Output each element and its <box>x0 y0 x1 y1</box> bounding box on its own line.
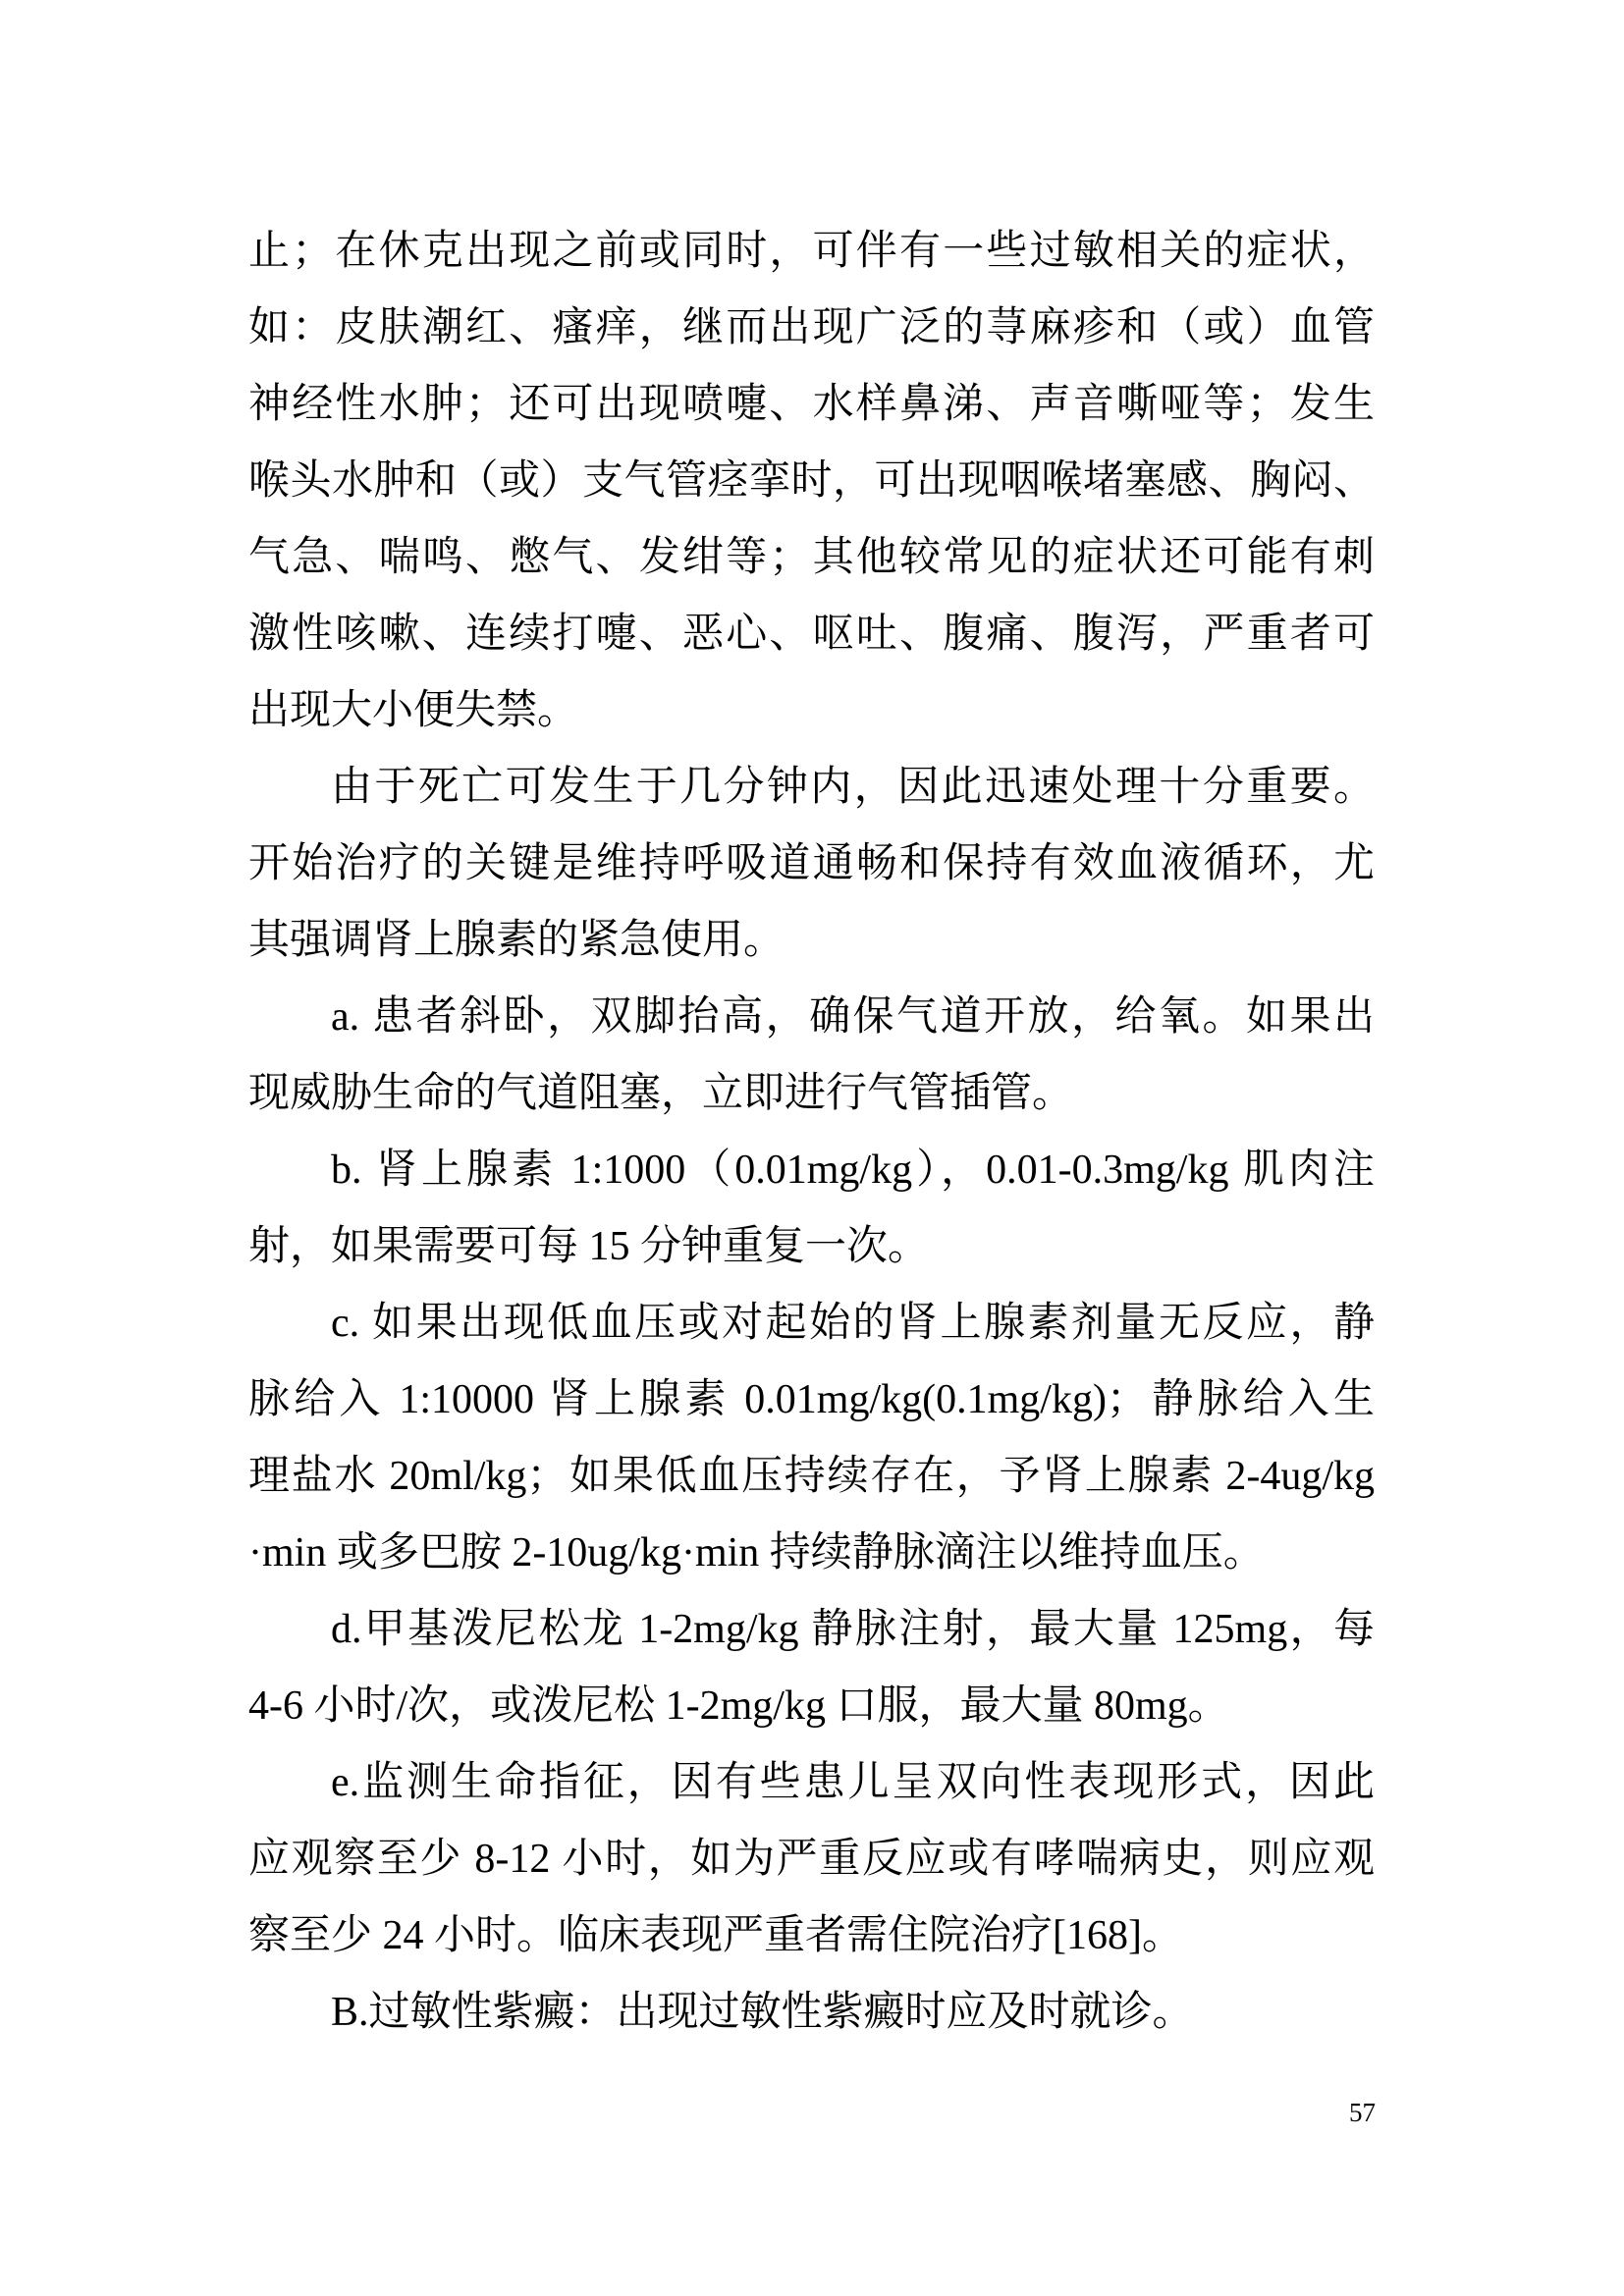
text-line: 神经性水肿；还可出现喷嚏、水样鼻涕、声音嘶哑等；发生 <box>248 366 1375 443</box>
text-line: a. 患者斜卧，双脚抬高，确保气道开放，给氧。如果出 <box>248 979 1375 1055</box>
text-line: 4-6 小时/次，或泼尼松 1-2mg/kg 口服，最大量 80mg。 <box>248 1668 1375 1744</box>
text-line: 出现大小便失禁。 <box>248 672 1375 749</box>
text-line: B.过敏性紫癜：出现过敏性紫癜时应及时就诊。 <box>248 1974 1375 2051</box>
text-line: c. 如果出现低血压或对起始的肾上腺素剂量无反应，静 <box>248 1285 1375 1362</box>
text-line: 理盐水 20ml/kg；如果低血压持续存在，予肾上腺素 2-4ug/kg <box>248 1438 1375 1515</box>
text-line: 其强调肾上腺素的紧急使用。 <box>248 902 1375 979</box>
text-line: 脉给入 1:10000 肾上腺素 0.01mg/kg(0.1mg/kg)；静脉给… <box>248 1362 1375 1438</box>
text-line: b. 肾上腺素 1:1000（0.01mg/kg），0.01-0.3mg/kg … <box>248 1132 1375 1208</box>
document-page: 止；在休克出现之前或同时，可伴有一些过敏相关的症状， 如：皮肤潮红、瘙痒，继而出… <box>0 0 1624 2296</box>
text-line: 气急、喘鸣、憋气、发绀等；其他较常见的症状还可能有刺 <box>248 519 1375 596</box>
text-line: 如：皮肤潮红、瘙痒，继而出现广泛的荨麻疹和（或）血管 <box>248 290 1375 366</box>
text-line: 现威胁生命的气道阻塞，立即进行气管插管。 <box>248 1055 1375 1132</box>
text-line: d.甲基泼尼松龙 1-2mg/kg 静脉注射，最大量 125mg，每 <box>248 1591 1375 1668</box>
text-line: 止；在休克出现之前或同时，可伴有一些过敏相关的症状， <box>248 213 1375 290</box>
text-line: 察至少 24 小时。临床表现严重者需住院治疗[168]。 <box>248 1897 1375 1974</box>
text-line: 喉头水肿和（或）支气管痉挛时，可出现咽喉堵塞感、胸闷、 <box>248 443 1375 519</box>
text-line: ·min 或多巴胺 2-10ug/kg·min 持续静脉滴注以维持血压。 <box>248 1515 1375 1591</box>
text-line: 射，如果需要可每 15 分钟重复一次。 <box>248 1208 1375 1285</box>
page-number: 57 <box>1349 2097 1376 2128</box>
text-line: e.监测生命指征，因有些患儿呈双向性表现形式，因此 <box>248 1744 1375 1821</box>
text-line: 激性咳嗽、连续打嚏、恶心、呕吐、腹痛、腹泻，严重者可 <box>248 596 1375 672</box>
text-line: 应观察至少 8-12 小时，如为严重反应或有哮喘病史，则应观 <box>248 1821 1375 1897</box>
body-text: 止；在休克出现之前或同时，可伴有一些过敏相关的症状， 如：皮肤潮红、瘙痒，继而出… <box>248 213 1375 2051</box>
text-line: 由于死亡可发生于几分钟内，因此迅速处理十分重要。 <box>248 749 1375 826</box>
text-line: 开始治疗的关键是维持呼吸道通畅和保持有效血液循环，尤 <box>248 826 1375 902</box>
